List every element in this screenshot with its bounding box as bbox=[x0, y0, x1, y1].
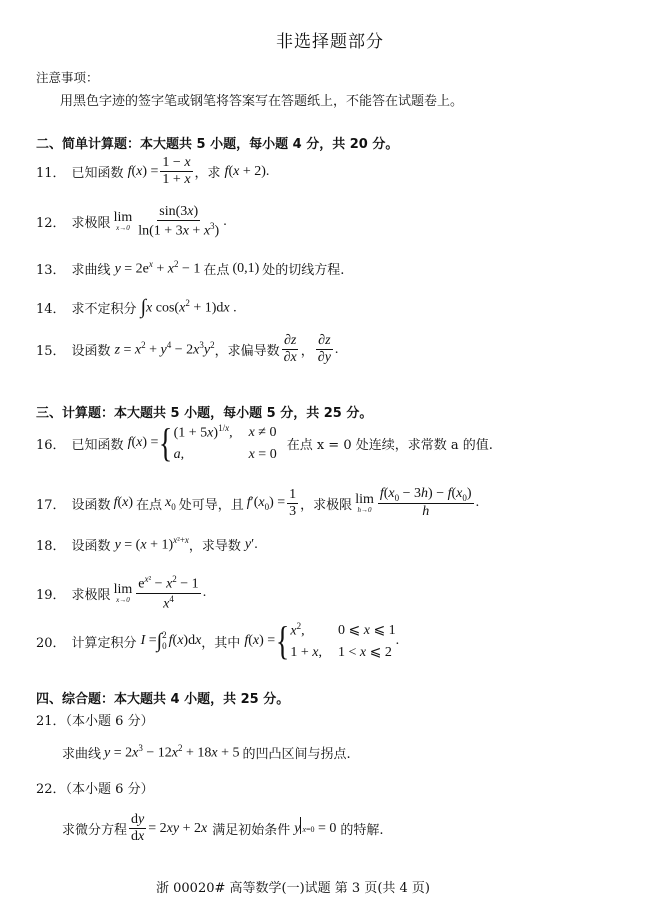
question-number: 18． bbox=[36, 535, 66, 554]
question-number: 19． bbox=[36, 584, 66, 603]
question-number: 21． bbox=[36, 714, 66, 729]
question-21: 求曲线 y = 2x3 − 12x2 + 18x + 5 的凹凸区间与拐点. bbox=[62, 743, 351, 762]
question-19: 19． 求极限 limx→0 ex² − x2 − 1x4 . bbox=[36, 574, 206, 613]
piecewise: x2,0 ⩽ x ⩽ 1 1 + x,1 < x ⩽ 2 bbox=[290, 620, 395, 663]
question-number: 17． bbox=[36, 494, 66, 513]
question-number: 12． bbox=[36, 212, 66, 231]
section-3-header: 三、计算题：本大题共 5 小题，每小题 5 分，共 25 分。 bbox=[36, 402, 372, 421]
question-15: 15． 设函数 z = x2 + y4 − 2x3y2 ，求偏导数 ∂z∂x， … bbox=[36, 333, 338, 366]
question-13: 13． 求曲线 y = 2ex + x2 − 1 在点 (0,1) 处的切线方程… bbox=[36, 259, 344, 278]
question-number: 22． bbox=[36, 782, 66, 797]
question-22: 求微分方程 dydx = 2xy + 2x 满足初始条件 yx=0 = 0 的特… bbox=[62, 812, 384, 845]
question-points: （本小题 6 分） bbox=[66, 714, 154, 729]
question-22-header: 22．（本小题 6 分） bbox=[36, 778, 154, 797]
question-number: 14． bbox=[36, 298, 66, 317]
fraction: 1 − x1 + x bbox=[160, 155, 192, 188]
question-number: 15． bbox=[36, 340, 66, 359]
question-text: 已知函数 bbox=[72, 162, 124, 181]
brace: { bbox=[159, 423, 172, 463]
page-title: 非选择题部分 bbox=[276, 27, 384, 52]
brace: { bbox=[276, 621, 289, 661]
notes-body: 用黑色字迹的签字笔或钢笔将答案写在答题纸上，不能答在试题卷上。 bbox=[60, 90, 463, 109]
question-17: 17． 设函数 f(x) 在点 x0 处可导，且 f′(x0) = 13 ，求极… bbox=[36, 486, 479, 520]
question-21-header: 21．（本小题 6 分） bbox=[36, 710, 154, 729]
question-14: 14． 求不定积分 ∫ x cos(x2 + 1)dx . bbox=[36, 296, 237, 319]
piecewise: (1 + 5x)1/x,x ≠ 0 a,x = 0 bbox=[174, 422, 277, 465]
question-number: 16． bbox=[36, 434, 66, 453]
question-number: 11． bbox=[36, 162, 66, 181]
question-20: 20． 计算定积分 I = ∫20 f(x)dx ，其中 f(x) = { x2… bbox=[36, 620, 399, 663]
page-footer: 浙 00020# 高等数学(一)试题 第 3 页(共 4 页) bbox=[156, 877, 430, 896]
question-points: （本小题 6 分） bbox=[66, 782, 154, 797]
notes-heading: 注意事项： bbox=[36, 68, 99, 86]
question-text: 求极限 bbox=[72, 212, 111, 231]
question-number: 13． bbox=[36, 259, 66, 278]
question-18: 18． 设函数 y = (x + 1)x²+x ，求导数 y′. bbox=[36, 535, 258, 554]
question-11: 11． 已知函数 f(x) = 1 − x1 + x ，求 f(x + 2). bbox=[36, 155, 269, 188]
section-2-header: 二、简单计算题：本大题共 5 小题，每小题 4 分，共 20 分。 bbox=[36, 133, 398, 152]
question-16: 16． 已知函数 f(x) = { (1 + 5x)1/x,x ≠ 0 a,x … bbox=[36, 422, 493, 465]
section-4-header: 四、综合题：本大题共 4 小题，共 25 分。 bbox=[36, 688, 289, 707]
question-number: 20． bbox=[36, 632, 66, 651]
question-12: 12． 求极限 limx→0 sin(3x)ln(1 + 3x + x3) . bbox=[36, 204, 227, 240]
